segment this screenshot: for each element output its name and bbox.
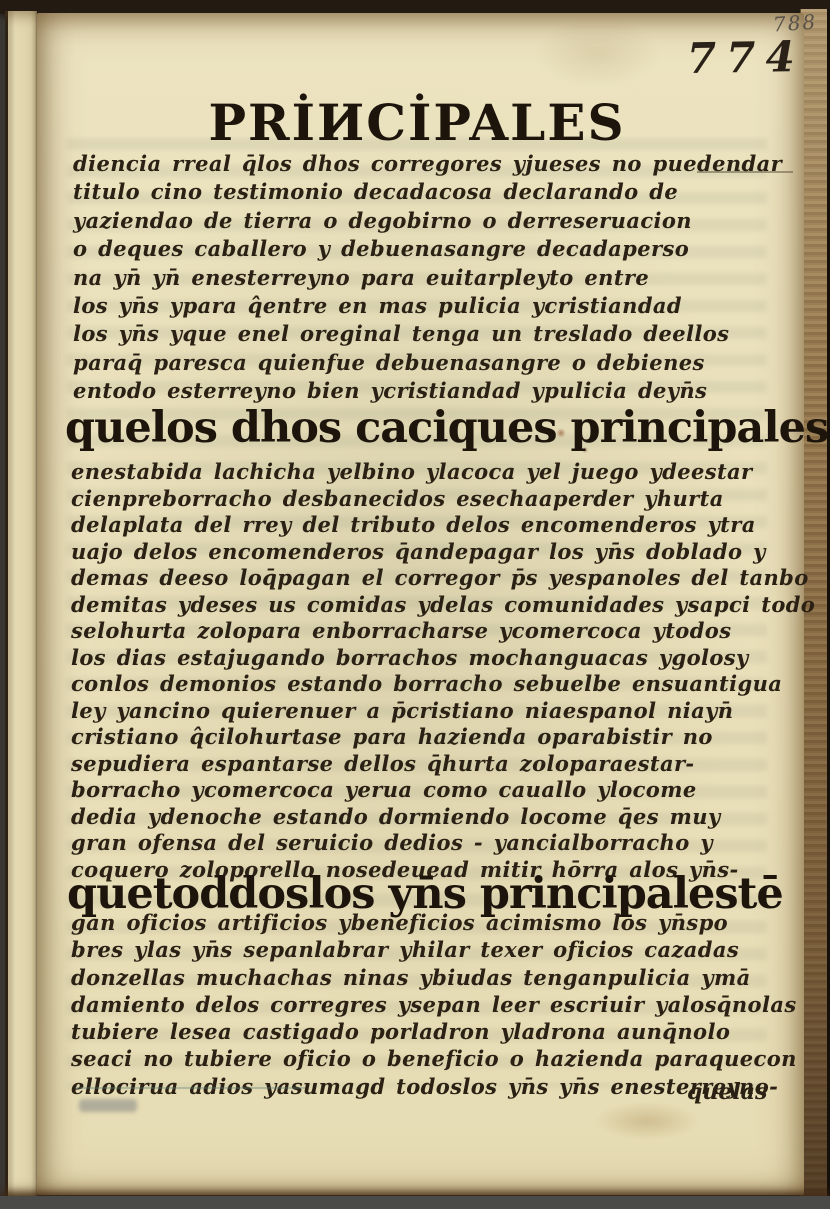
table-surface (0, 1196, 830, 1209)
catchword: quelas (687, 1079, 767, 1105)
text-line: gan oficios artificios ybeneficios acimi… (71, 909, 797, 936)
text-line: donzellas muchachas ninas ybiudas tengan… (71, 964, 797, 991)
text-line: los yn̄s ypara q̂entre en mas pulicia yc… (73, 292, 782, 320)
text-line: los dias estajugando borrachos mochangua… (71, 645, 815, 672)
text-line: cristiano q̂cilohurtase para hazienda op… (71, 724, 815, 751)
text-line: dedia ydenoche estando dormiendo locome … (71, 804, 815, 831)
text-line: uajo delos encomenderos q̄andepagar los … (71, 539, 815, 566)
text-line: enestabida lachicha yelbino ylacoca yel … (71, 459, 815, 486)
faint-stamp (79, 1099, 137, 1112)
text-line: demas deeso loq̄pagan el corregor p̄s ye… (71, 565, 815, 592)
text-line: titulo cino testimonio decadacosa declar… (73, 178, 782, 206)
text-line: seaci no tubiere oficio o beneficio o ha… (71, 1045, 797, 1072)
previous-page-edge (5, 11, 37, 1196)
text-line: tubiere lesea castigado porladron yladro… (71, 1018, 797, 1045)
text-line: los yn̄s yque enel oreginal tenga un tre… (73, 320, 782, 348)
text-line: selohurta zolopara enborracharse ycomerc… (71, 618, 815, 645)
text-line: bres ylas yn̄s sepanlabrar yhilar texer … (71, 936, 797, 963)
text-line: cienpreborracho desbanecidos esechaaperd… (71, 486, 815, 513)
paragraph-block-3: gan oficios artificios ybeneficios acimi… (71, 909, 797, 1100)
text-line: ley yancino quierenuer a p̄cristiano nia… (71, 698, 815, 725)
faint-underline-rule (75, 1087, 305, 1089)
ink-folio-number: 774 (687, 32, 806, 83)
text-line: gran ofensa del seruicio dedios - yancia… (71, 830, 815, 857)
text-line: demitas ydeses us comidas ydelas comunid… (71, 592, 815, 619)
manuscript-page: 788 774 PRİИCİPALES diencia rreal q̄los … (37, 13, 804, 1195)
text-line: borracho ycomercoca yerua como cauallo y… (71, 777, 815, 804)
text-line: paraq̄ paresca quienfue debuenasangre o … (73, 349, 782, 377)
text-line: entodo esterreyno bien ycristiandad ypul… (73, 377, 782, 405)
section-heading-caciques: quelos dhos caciques principales (65, 403, 828, 453)
text-line: damiento delos corregres ysepan leer esc… (71, 991, 797, 1018)
book-top-edge (0, 0, 830, 14)
text-line: sepudiera espantarse dellos q̄hurta zolo… (71, 751, 815, 778)
paragraph-block-1: diencia rreal q̄los dhos corregores yjue… (73, 150, 782, 406)
text-line: delaplata del rrey del tributo delos enc… (71, 512, 815, 539)
text-line: na yn̄ yn̄ enesterreyno para euitarpleyt… (73, 264, 782, 292)
text-line: o deques caballero y debuenasangre decad… (73, 235, 782, 263)
text-line: diencia rreal q̄los dhos corregores yjue… (73, 150, 782, 178)
manuscript-photo: 788 774 PRİИCİPALES diencia rreal q̄los … (0, 0, 830, 1209)
text-line: conlos demonios estando borracho sebuelb… (71, 671, 815, 698)
paragraph-block-2: enestabida lachicha yelbino ylacoca yel … (71, 459, 815, 883)
page-title: PRİИCİPALES (187, 93, 647, 152)
text-line: yaziendao de tierra o degobirno o derres… (73, 207, 782, 235)
